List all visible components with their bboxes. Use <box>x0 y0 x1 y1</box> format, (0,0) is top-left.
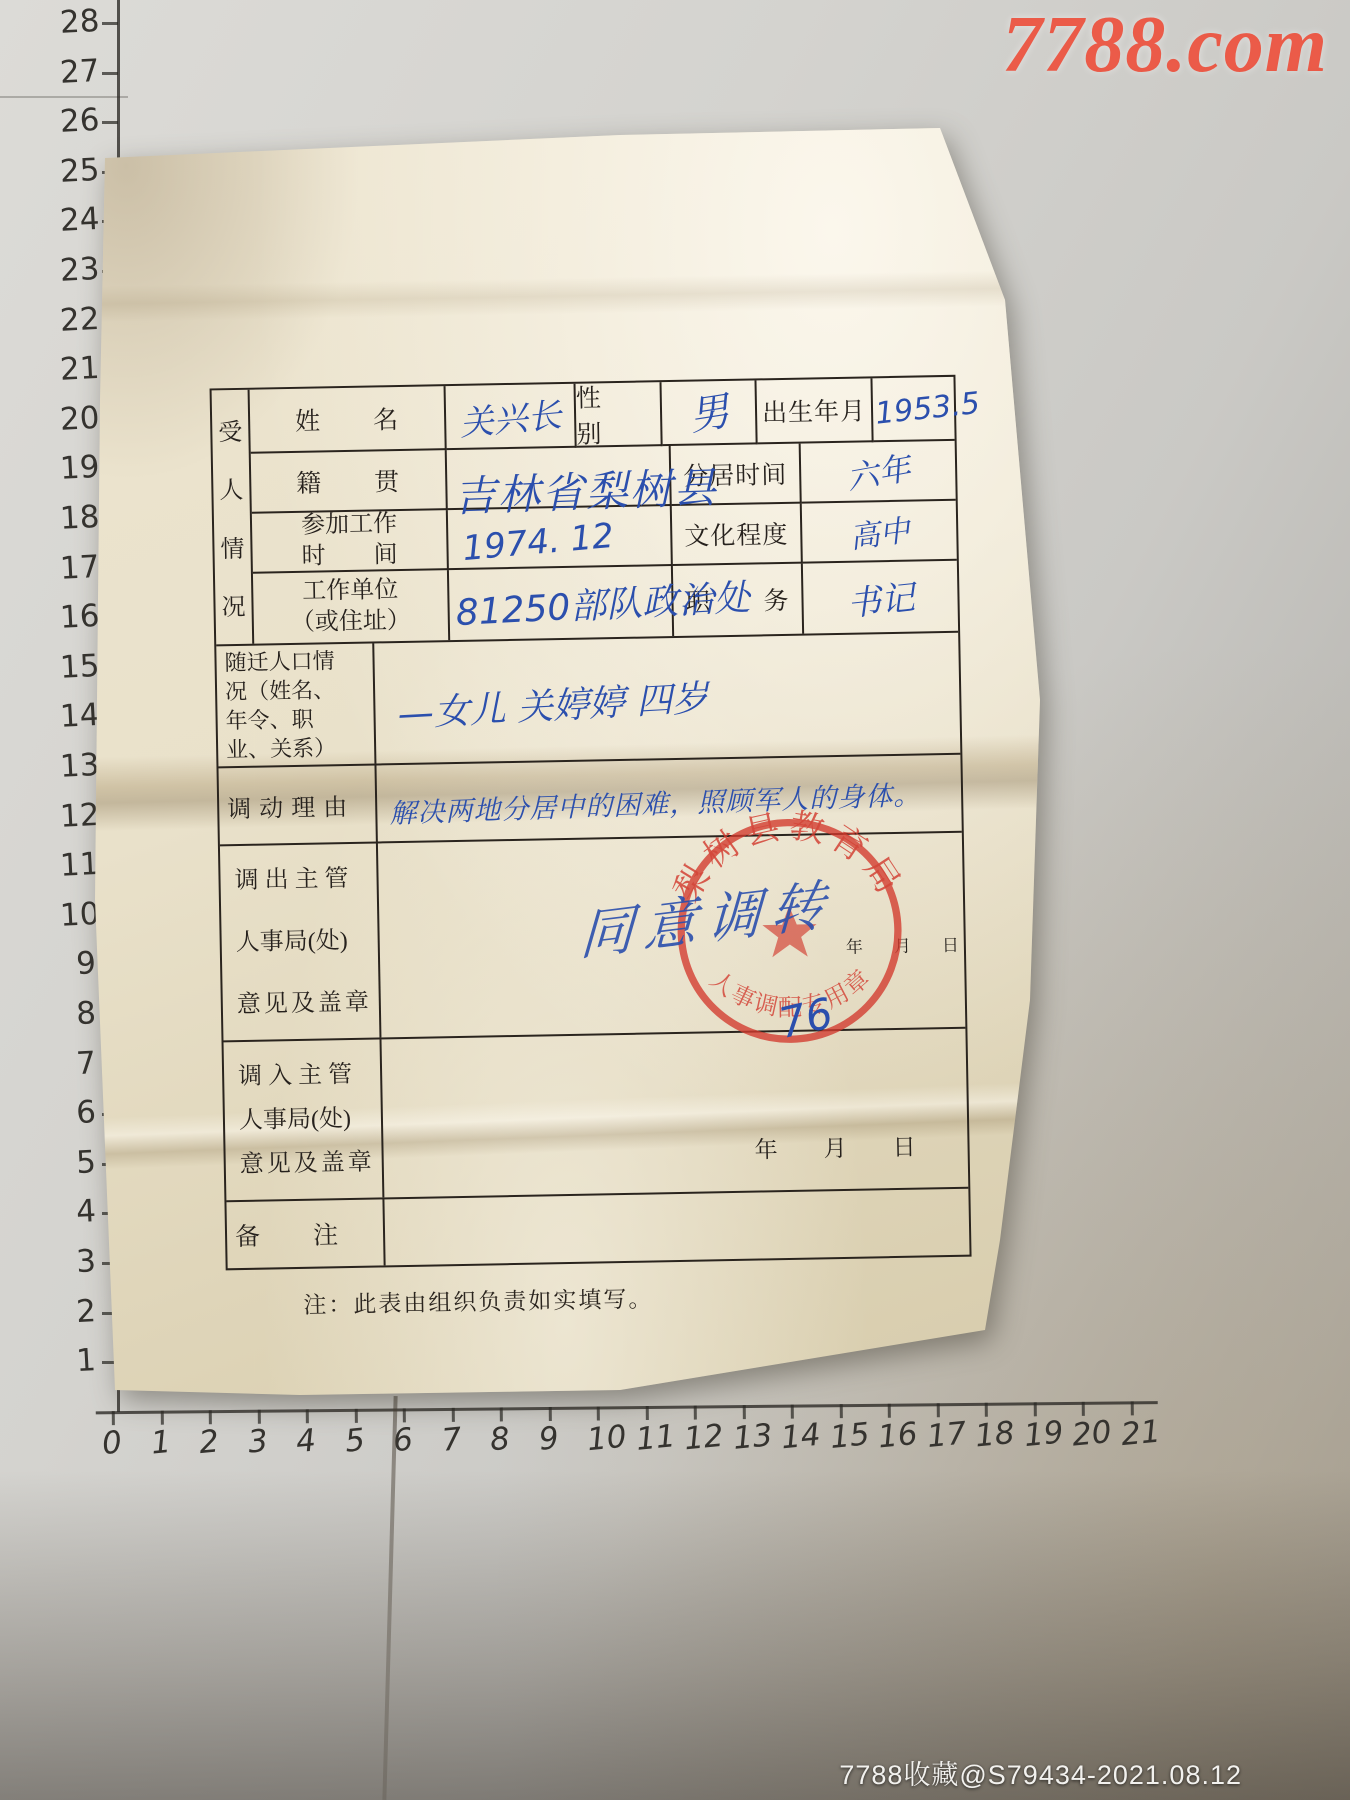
ruler-tick <box>257 1410 260 1424</box>
origin-value: 吉林省梨树县 <box>453 455 719 524</box>
ruler-number: 5 <box>343 1422 366 1460</box>
birth-value-cell: 1953.5 <box>872 377 954 442</box>
ruler-tick <box>694 1406 697 1420</box>
ruler-bottom: 0123456789101112131415161718192021 <box>96 1393 1207 1476</box>
ruler-number: 7 <box>440 1421 463 1459</box>
document-paper: 受人情况 姓 名 关兴长 性 别 男 出生年月 1953.5 <box>88 128 1043 1398</box>
gender-value-cell: 男 <box>662 380 758 446</box>
out-authority-value-cell: 年 月 日 梨树县教育局 人事调配专用章 <box>378 833 965 1038</box>
ruler-number: 3 <box>246 1423 269 1461</box>
row-out-authority: 调出主管 人事局(处) 意见及盖章 年 月 日 <box>220 833 965 1043</box>
ruler-tick <box>112 1411 115 1425</box>
ruler-number: 18 <box>973 1415 1016 1455</box>
ruler-number: 9 <box>537 1420 560 1458</box>
ruler-bottom-line <box>96 1401 1158 1414</box>
ruler-number: 14 <box>779 1417 822 1457</box>
name-label: 姓 名 <box>295 400 400 438</box>
ruler-number: 27 <box>59 53 97 91</box>
ruler-number: 0 <box>100 1424 123 1462</box>
ruler-tick <box>500 1407 503 1421</box>
ruler-number: 13 <box>731 1417 774 1457</box>
row-remarks: 备 注 <box>226 1189 969 1269</box>
out-authority-line1: 调出主管 <box>234 864 373 897</box>
side-label-char: 人 <box>219 470 244 505</box>
position-value-cell: 书记 <box>803 561 958 634</box>
ruler-tick <box>1130 1401 1133 1415</box>
ruler-tick <box>1082 1402 1085 1416</box>
gender-label: 性 别 <box>575 377 660 451</box>
name-value-cell: 关兴长 <box>446 384 577 450</box>
ruler-number: 4 <box>294 1422 317 1460</box>
ruler-number: 12 <box>682 1418 725 1458</box>
row-work-unit: 工作单位 （或住址） 81250部队政治处 职 务 书记 <box>253 561 958 644</box>
in-authority-line1: 调入主管 <box>238 1060 377 1093</box>
in-authority-label-cell: 调入主管 人事局(处) 意见及盖章 <box>224 1039 385 1200</box>
form-footnote: 注：此表由组织负责如实填写。 <box>303 1280 654 1319</box>
family-value: —女儿 关婷婷 四岁 <box>396 670 709 737</box>
birth-label: 出生年月 <box>762 391 867 429</box>
family-label-cell: 随迁人口情 况（姓名、 年令、职 业、关系） <box>216 643 376 766</box>
ruler-number: 17 <box>925 1415 968 1455</box>
side-label-char: 受 <box>218 412 243 447</box>
education-label: 文化程度 <box>684 515 789 553</box>
ruler-tick <box>888 1404 891 1418</box>
ruler-tick <box>742 1405 745 1419</box>
ruler-number: 28 <box>59 3 97 41</box>
photo-stage: 2827262524232221201918171615141312111098… <box>0 0 1350 1800</box>
name-value: 关兴长 <box>457 387 563 445</box>
ruler-number: 19 <box>1022 1414 1065 1454</box>
ruler-tick <box>1033 1402 1036 1416</box>
out-authority-line3: 意见及盖章 <box>237 988 376 1021</box>
work-unit-label-cell: 工作单位 （或住址） <box>253 570 450 644</box>
birth-label-cell: 出生年月 <box>756 378 873 444</box>
in-authority-line3: 意见及盖章 <box>240 1148 379 1181</box>
out-authority-label-cell: 调出主管 人事局(处) 意见及盖章 <box>220 843 382 1040</box>
in-authority-date: 年 月 日 <box>754 1129 916 1165</box>
site-watermark: 7788.com <box>1002 0 1328 91</box>
ruler-tick <box>548 1407 551 1421</box>
side-label-char: 况 <box>221 587 246 622</box>
form-upper-rows: 姓 名 关兴长 性 别 男 出生年月 1953.5 籍 贯 吉林省梨树县 分 <box>250 377 959 644</box>
ruler-tick <box>645 1406 648 1420</box>
ruler-tick <box>936 1403 939 1417</box>
ruler-tick <box>403 1408 406 1422</box>
side-label-char: 情 <box>220 529 245 564</box>
work-unit-value-cell: 81250部队政治处 <box>449 566 674 640</box>
ruler-number: 21 <box>1119 1413 1162 1453</box>
ruler-tick <box>102 22 118 25</box>
ruler-tick <box>209 1410 212 1424</box>
ruler-number: 2 <box>197 1423 220 1461</box>
work-unit-label-line2: （或住址） <box>291 606 412 639</box>
separation-value-cell: 六年 <box>801 441 956 504</box>
ruler-number: 11 <box>634 1418 677 1458</box>
ruler-tick <box>102 121 118 124</box>
gender-label-cell: 性 别 <box>576 382 663 448</box>
collection-watermark: 7788收藏@S79434-2021.08.12 <box>839 1753 1242 1792</box>
family-value-cell: —女儿 关婷婷 四岁 <box>374 633 960 764</box>
ruler-tick <box>451 1408 454 1422</box>
ruler-tick <box>102 72 118 75</box>
origin-label: 籍 贯 <box>296 462 401 500</box>
work-start-label: 参加工作 时 间 <box>301 509 398 573</box>
ruler-number: 15 <box>828 1416 871 1456</box>
transfer-form-table: 受人情况 姓 名 关兴长 性 别 男 出生年月 1953.5 <box>210 375 972 1271</box>
out-authority-label: 调出主管 人事局(处) 意见及盖章 <box>228 850 375 1035</box>
form-lower-section: 随迁人口情 况（姓名、 年令、职 业、关系） —女儿 关婷婷 四岁 <box>216 633 969 1268</box>
out-authority-line2: 人事局(处) <box>235 926 374 959</box>
ruler-tick <box>791 1405 794 1419</box>
work-start-label-line2: 时 间 <box>301 540 398 573</box>
work-start-label-cell: 参加工作 时 间 <box>252 510 449 574</box>
ruler-tick <box>306 1409 309 1423</box>
form-content: 受人情况 姓 名 关兴长 性 别 男 出生年月 1953.5 <box>77 119 1055 1406</box>
in-authority-label: 调入主管 人事局(处) 意见及盖章 <box>232 1046 379 1195</box>
reason-label-cell: 调 动 理 由 <box>219 765 378 844</box>
ruler-tick <box>985 1403 988 1417</box>
ruler-number: 20 <box>1070 1414 1113 1454</box>
separation-value: 六年 <box>843 443 914 499</box>
origin-value-cell: 吉林省梨树县 <box>447 446 672 510</box>
family-label-line3: 年令、职 <box>225 704 370 736</box>
position-value: 书记 <box>844 569 917 625</box>
ruler-tick <box>597 1406 600 1420</box>
side-label: 受人情况 <box>212 390 255 645</box>
ruler-number: 8 <box>488 1421 511 1459</box>
work-start-label-line1: 参加工作 <box>301 509 398 542</box>
family-label-line4: 业、关系） <box>226 733 371 765</box>
education-value-cell: 高中 <box>802 501 957 564</box>
name-label-cell: 姓 名 <box>250 386 447 454</box>
ruler-number: 1 <box>149 1424 172 1462</box>
in-authority-line2: 人事局(处) <box>239 1104 378 1137</box>
ruler-tick <box>839 1404 842 1418</box>
ruler-tick <box>160 1411 163 1425</box>
ruler-tick <box>354 1409 357 1423</box>
ruler-number: 10 <box>585 1419 628 1459</box>
work-start-value: 1974. 12 <box>461 516 615 569</box>
ruler-number: 16 <box>876 1416 919 1456</box>
row-family: 随迁人口情 况（姓名、 年令、职 业、关系） —女儿 关婷婷 四岁 <box>216 633 960 769</box>
birth-value: 1953.5 <box>873 386 981 432</box>
work-unit-label-line1: 工作单位 <box>302 575 399 608</box>
form-upper-section: 受人情况 姓 名 关兴长 性 别 男 出生年月 1953.5 <box>212 377 959 647</box>
gender-value: 男 <box>684 379 732 442</box>
work-unit-label: 工作单位 （或住址） <box>290 575 411 639</box>
photo-bottom-shadow <box>0 1470 1350 1800</box>
reason-label: 调 动 理 由 <box>227 786 372 824</box>
family-label-line1: 随迁人口情 <box>224 646 369 678</box>
remarks-label-cell: 备 注 <box>226 1199 385 1268</box>
family-label-line2: 况（姓名、 <box>225 675 370 707</box>
row-in-authority: 调入主管 人事局(处) 意见及盖章 年 月 日 <box>224 1029 969 1203</box>
remarks-label: 备 注 <box>235 1215 380 1254</box>
education-value: 高中 <box>846 505 912 557</box>
paper-sheet: 受人情况 姓 名 关兴长 性 别 男 出生年月 1953.5 <box>88 128 1043 1398</box>
origin-label-cell: 籍 贯 <box>251 450 448 514</box>
remarks-value-cell <box>384 1189 969 1266</box>
